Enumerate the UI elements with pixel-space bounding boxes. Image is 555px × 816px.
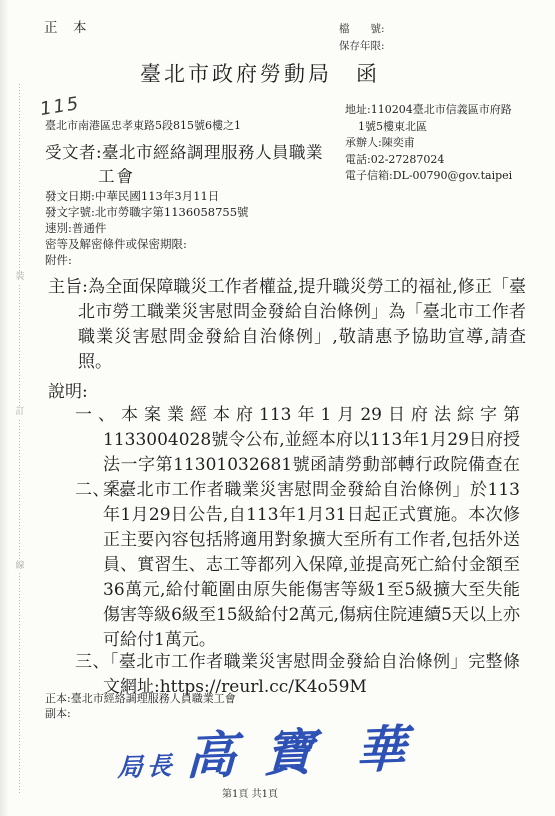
binding-mark-xian: 線 [14,560,26,572]
handwritten-number: 115 [39,93,82,120]
document-title: 臺北市政府勞動局 函 [0,58,520,88]
binding-mark-ding: 訂 [14,406,26,418]
signature-name-char-3: 華 [355,719,407,780]
signature-block: 局長高寶華 [117,709,407,791]
subject-text: 為全面保障職災工作者權益,提升職災勞工的福祉,修正「臺北市勞工職業災害慰問金發給… [78,277,526,372]
agency-contact-block: 地址:110204臺北市信義區市府路 1號5樓東北區 承辦人:陳奕甫 電話:02… [345,102,512,185]
agency-contact-person: 承辦人:陳奕甫 [345,135,512,152]
issue-number: 發文字號:北市勞職字第1136058755號 [45,204,249,220]
issue-date: 發文日期:中華民國113年3月11日 [45,188,249,204]
agency-address-line2: 1號5樓東北區 [345,119,512,136]
recipient-name-line2: 工會 [98,163,135,187]
recipient-name-line1: 受文者:臺北市經絡調理服務人員職業 [45,139,323,163]
item-text: 「臺北市工作者職業災害慰問金發給自治條例」於113年1月29日公告,自113年1… [103,480,520,650]
copy-type-mark: 正 本 [44,16,88,36]
explanation-label: 說明: [48,377,88,402]
binding-dotted-line [19,84,20,794]
retention-period-label: 保存年限: [339,38,385,53]
distribution-copy: 副本: [45,705,71,721]
item-number: 一、 [75,405,121,425]
secrecy-level: 密等及解密條件或保密期限: [45,236,249,252]
speed-class: 速別:普通件 [45,220,249,236]
agency-phone: 電話:02-27287024 [345,152,512,169]
attachment-label: 附件: [45,252,249,268]
agency-email: 電子信箱:DL-00790@gov.taipei [345,168,512,185]
signature-name-char-1: 高 [185,725,237,786]
official-letter-page: 裝 訂 線 正 本 檔 號: 保存年限: 臺北市政府勞動局 函 115 臺北市南… [0,0,555,816]
document-meta-block: 發文日期:中華民國113年3月11日 發文字號:北市勞職字第1136058755… [45,188,249,268]
file-number-label: 檔 號: [339,21,385,36]
signature-title: 局長 [117,751,176,782]
page-number: 第1頁 共1頁 [0,785,500,800]
item-number: 二、 [75,480,110,500]
explanation-item-2: 二、「臺北市工作者職業災害慰問金發給自治條例」於113年1月29日公告,自113… [75,478,520,653]
subject-paragraph: 主旨:為全面保障職災工作者權益,提升職災勞工的福祉,修正「臺北市勞工職業災害慰問… [48,275,526,375]
subject-label: 主旨: [48,277,88,297]
signature-name-char-2: 寶 [263,722,315,783]
item-number: 三、 [75,652,110,672]
binding-mark-zhuang: 裝 [14,271,26,283]
distribution-original: 正本:臺北市經絡調理服務人員職業工會 [45,690,236,706]
agency-address-line1: 地址:110204臺北市信義區市府路 [345,102,512,119]
recipient-street-address: 臺北市南港區忠孝東路5段815號6樓之1 [45,117,241,133]
